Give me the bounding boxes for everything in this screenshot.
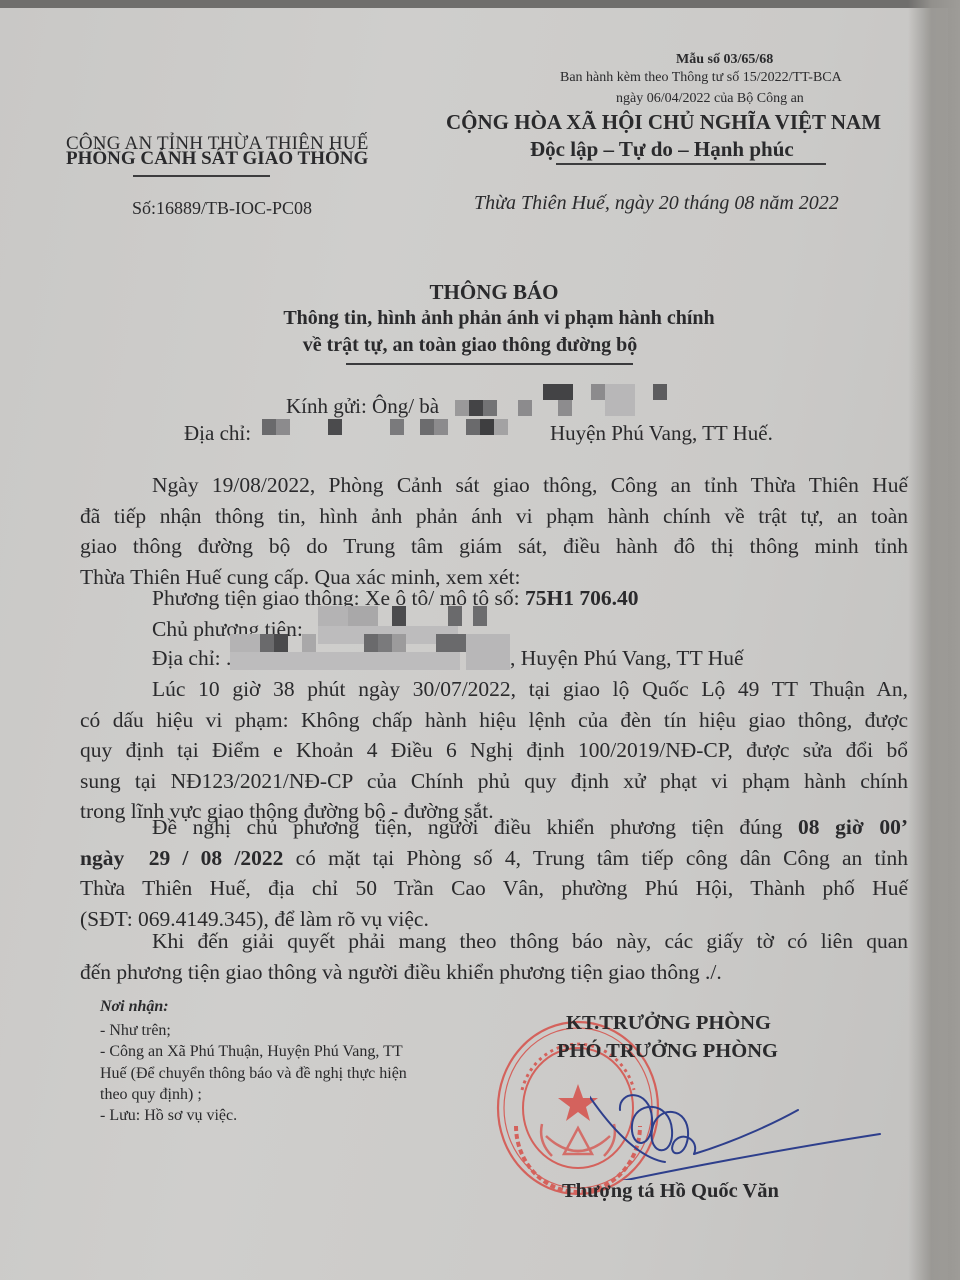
- closing-line: Khi đến giải quyết phải mang theo thông …: [80, 926, 908, 957]
- handwritten-signature: [590, 1070, 890, 1180]
- owner-address-district: , Huyện Phú Vang, TT Huế: [510, 646, 744, 671]
- request-text: Đề nghị chủ phương tiện, người điều khiể…: [152, 815, 798, 839]
- signer-position: PHÓ TRƯỞNG PHÒNG: [557, 1040, 778, 1063]
- issued-with-line-1: Ban hành kèm theo Thông tư số 15/2022/TT…: [560, 70, 842, 86]
- recipients-item: - Như trên;: [100, 1020, 407, 1041]
- place-date: Thừa Thiên Huế, ngày 20 tháng 08 năm 202…: [474, 192, 839, 215]
- violation-line: Lúc 10 giờ 38 phút ngày 30/07/2022, tại …: [80, 674, 908, 705]
- recipient-salutation: Kính gửi: Ông/ bà: [286, 394, 439, 419]
- request-text: có mặt tại Phòng số 4, Trung tâm tiếp cô…: [283, 846, 908, 870]
- request-line: Thừa Thiên Huế, địa chỉ 50 Trần Cao Vân,…: [80, 873, 908, 904]
- closing-line: đến phương tiện giao thông và người điều…: [80, 957, 908, 988]
- violation-line: có dấu hiệu vi phạm: Không chấp hành hiệ…: [80, 705, 908, 736]
- violation-line: quy định tại Điểm e Khoản 4 Điều 6 Nghị …: [80, 735, 908, 766]
- appointment-time: 08 giờ 00’: [798, 815, 908, 839]
- recipients-title: Nơi nhận:: [100, 998, 169, 1016]
- nation-motto: Độc lập – Tự do – Hạnh phúc: [530, 137, 794, 162]
- recipient-address-label: Địa chỉ:: [184, 421, 251, 446]
- intro-paragraph: Ngày 19/08/2022, Phòng Cảnh sát giao thô…: [80, 470, 908, 592]
- appointment-date: ngày 29 / 08 /2022: [80, 846, 283, 870]
- redacted-owner-address: [230, 634, 510, 670]
- vehicle-plate: 75H1 706.40: [525, 586, 638, 610]
- issued-with-line-2: ngày 06/04/2022 của Bộ Công an: [616, 91, 804, 107]
- recipients-item: Huế (Để chuyển thông báo và đề nghị thực…: [100, 1063, 407, 1084]
- recipients-item: - Công an Xã Phú Thuận, Huyện Phú Vang, …: [100, 1041, 407, 1062]
- document-subtitle-2: về trật tự, an toàn giao thông đường bộ: [0, 334, 940, 357]
- redacted-recipient-address: [262, 419, 522, 439]
- request-line: Đề nghị chủ phương tiện, người điều khiể…: [80, 812, 908, 843]
- recipients-item: theo quy định) ;: [100, 1084, 407, 1105]
- owner-address-label: Địa chỉ: .: [152, 646, 231, 671]
- document-number: Số:16889/TB-IOC-PC08: [132, 198, 312, 219]
- page-shadow: [908, 0, 960, 1280]
- violation-line: sung tại NĐ123/2021/NĐ-CP của Chính phủ …: [80, 766, 908, 797]
- violation-paragraph: Lúc 10 giờ 38 phút ngày 30/07/2022, tại …: [80, 674, 908, 827]
- request-paragraph: Đề nghị chủ phương tiện, người điều khiể…: [80, 812, 908, 934]
- on-behalf-title: KT.TRƯỞNG PHÒNG: [566, 1012, 771, 1035]
- signer-name: Thượng tá Hồ Quốc Văn: [562, 1180, 779, 1203]
- form-code: Mẫu số 03/65/68: [676, 52, 773, 68]
- agency-underline: [133, 175, 270, 177]
- recipients-list: - Như trên; - Công an Xã Phú Thuận, Huyệ…: [100, 1020, 407, 1126]
- nation-name: CỘNG HÒA XÃ HỘI CHỦ NGHĨA VIỆT NAM: [446, 110, 881, 135]
- motto-underline: [556, 163, 826, 165]
- recipient-address-district: Huyện Phú Vang, TT Huế.: [550, 421, 773, 446]
- subtitle-underline: [346, 363, 633, 365]
- intro-line: đã tiếp nhận thông tin, hình ảnh phản án…: [80, 501, 908, 532]
- closing-paragraph: Khi đến giải quyết phải mang theo thông …: [80, 926, 908, 987]
- recipients-item: - Lưu: Hồ sơ vụ việc.: [100, 1105, 407, 1126]
- photo-top-edge: [0, 0, 960, 8]
- intro-line: Ngày 19/08/2022, Phòng Cảnh sát giao thô…: [80, 470, 908, 501]
- redacted-recipient-name: [455, 384, 685, 420]
- request-line: ngày 29 / 08 /2022 có mặt tại Phòng số 4…: [80, 843, 908, 874]
- document-subtitle-1: Thông tin, hình ảnh phản ánh vi phạm hàn…: [0, 307, 960, 330]
- intro-line: giao thông đường bộ do Trung tâm giám sá…: [80, 531, 908, 562]
- agency-unit: PHÒNG CẢNH SÁT GIAO THÔNG: [66, 148, 368, 170]
- document-title: THÔNG BÁO: [0, 280, 960, 305]
